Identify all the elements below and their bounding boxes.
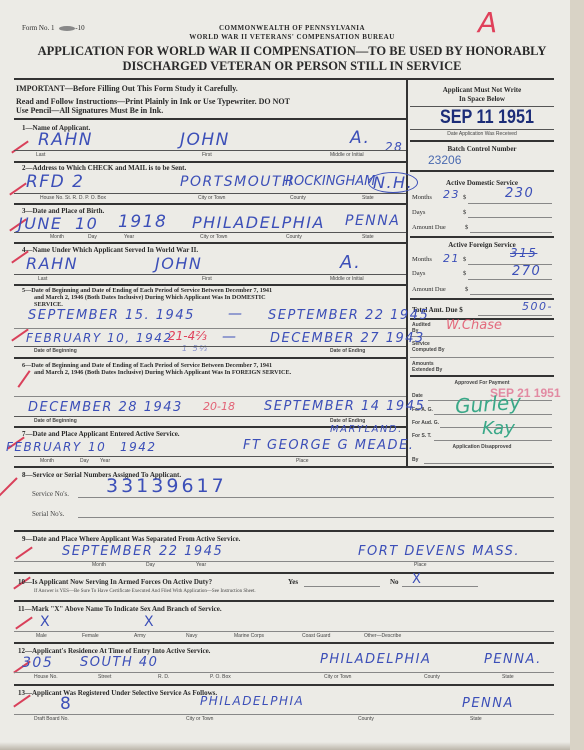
q11-male-mark[interactable]: X: [40, 614, 51, 630]
office-heading-1: Applicant Must Not Write: [412, 86, 552, 94]
page-edge: [570, 0, 584, 750]
q2-label: 2—Address to Which CHECK and MAIL is to …: [22, 164, 186, 172]
rule: [478, 315, 552, 316]
rule: [410, 140, 554, 142]
instructions-line-3: Use Pencil—All Signatures Must Be in Ink…: [16, 106, 163, 115]
rule: [78, 497, 554, 498]
label-year: Year: [124, 234, 134, 240]
audited-signature: W.Chase: [446, 318, 502, 333]
q7-year[interactable]: 1942: [120, 440, 157, 454]
label-first: First: [202, 276, 212, 282]
q5-row2-begin[interactable]: FEBRUARY 10, 1942: [26, 331, 172, 345]
q9-date[interactable]: SEPTEMBER 22 1945: [62, 544, 223, 559]
q2-state[interactable]: N.H.: [368, 172, 418, 193]
application-form: Form No. 1 -10 COMMONWEALTH OF PENNSYLVA…: [0, 0, 570, 750]
rule: [78, 517, 554, 518]
q6-note: 20-18: [203, 400, 235, 413]
q13-board[interactable]: 8: [60, 694, 72, 714]
q10-note: If Answer is YES—Be Sure To Have Certifi…: [34, 589, 256, 594]
rule: [14, 193, 406, 194]
foreign-months-amount: 315: [510, 246, 537, 260]
label-month: Month: [50, 234, 64, 240]
foreign-months-label: Months: [412, 256, 432, 263]
label-place: Place: [414, 562, 427, 568]
foreign-days-label: Days: [412, 270, 425, 277]
dollar-sign: $: [465, 224, 468, 231]
q10-yes-label: Yes: [288, 578, 298, 586]
q3-year[interactable]: 1918: [118, 212, 167, 232]
rule: [14, 530, 554, 532]
domestic-months-amount: 230: [505, 186, 534, 201]
rule: [14, 242, 406, 244]
rule: [410, 375, 554, 377]
rule: [14, 284, 406, 286]
rule: [14, 456, 406, 457]
domestic-amount-due-label: Amount Due: [412, 224, 446, 231]
rule: [410, 129, 554, 130]
rule: [14, 232, 406, 233]
rule: [470, 232, 552, 233]
q2-house[interactable]: RFD 2: [26, 172, 84, 192]
q5-row2-note: 21-4⅔: [168, 329, 207, 343]
approval-signature-2: Kay: [482, 418, 515, 439]
domestic-days-label: Days: [412, 209, 425, 216]
q11-army-mark[interactable]: X: [144, 614, 155, 630]
q10-label: 10—Is Applicant Now Serving In Armed For…: [18, 578, 212, 586]
review-checkmark: [11, 140, 29, 153]
header-divider: [14, 78, 554, 80]
label-draft-board: Draft Board No.: [34, 716, 69, 722]
label-city: City or Town: [200, 234, 227, 240]
received-date-stamp: SEP 11 1951: [440, 107, 534, 129]
q6-line-1: 6—Date of Beginning and Date of Ending o…: [22, 362, 272, 369]
q3-city[interactable]: PHILADELPHIA: [192, 213, 325, 232]
q4-middle-initial[interactable]: A.: [340, 252, 361, 273]
service-no-label: Service No's.: [32, 490, 69, 498]
label-state: State: [362, 234, 374, 240]
label-day: Day: [80, 458, 89, 464]
label-day: Day: [146, 562, 155, 568]
domestic-months-value: 23: [443, 188, 460, 201]
label-state: State: [362, 195, 374, 201]
label-month: Month: [40, 458, 54, 464]
q12-city[interactable]: PHILADELPHIA: [320, 652, 431, 667]
instructions-line-2: Read and Follow Instructions—Print Plain…: [16, 97, 290, 106]
dollar-sign: $: [463, 209, 466, 216]
q7-place[interactable]: FT GEORGE G MEADE.: [243, 438, 414, 453]
q7-month[interactable]: FEBRUARY: [6, 440, 82, 454]
disapproved-heading: Application Disapproved: [412, 444, 552, 450]
label-date-ending: Date of Ending: [330, 348, 365, 354]
dollar-sign: $: [463, 256, 466, 263]
rule: [14, 714, 554, 715]
q5-row1-dash: —: [228, 306, 244, 322]
rule: [424, 463, 552, 464]
label-month: Month: [92, 562, 106, 568]
for-aud-label: For Aud. G.: [412, 420, 439, 426]
label-state: State: [502, 674, 514, 680]
rule: [468, 217, 552, 218]
q4-first-name[interactable]: JOHN: [155, 254, 202, 273]
label-date-beginning: Date of Beginning: [34, 348, 77, 354]
q13-state[interactable]: PENNA: [462, 696, 514, 711]
q1-middle-initial[interactable]: A.: [350, 128, 370, 148]
label-year: Year: [100, 458, 110, 464]
grade-mark: A: [478, 6, 497, 39]
rule: [468, 279, 552, 280]
label-po-box: P. O. Box: [210, 674, 231, 680]
q7-label: 7—Date and Place Applicant Entered Activ…: [22, 430, 180, 438]
label-county: County: [358, 716, 374, 722]
for-st-label: For S. T.: [412, 433, 431, 439]
review-checkmark: [17, 370, 30, 388]
q12-state[interactable]: PENNA.: [484, 652, 542, 667]
batch-number: 23206: [428, 153, 461, 167]
received-label: Date Application Was Received: [412, 131, 552, 137]
rule: [434, 440, 552, 441]
q10-no-mark[interactable]: X: [412, 572, 422, 587]
q5-line-2: and March 2, 1946 (Both Dates Inclusive)…: [34, 294, 266, 301]
q6-line-2: and March 2, 1946 (Both Dates Inclusive)…: [34, 369, 291, 376]
label-date-beginning: Date of Beginning: [34, 418, 77, 424]
rule: [14, 396, 406, 397]
rule: [470, 294, 552, 295]
rule: [468, 203, 552, 204]
label-county: County: [290, 195, 306, 201]
q3-day[interactable]: 10: [75, 214, 98, 233]
rule: [14, 328, 406, 329]
label-county: County: [286, 234, 302, 240]
dollar-sign: $: [463, 270, 466, 277]
rule: [14, 150, 406, 151]
foreign-amount-due-label: Amount Due: [412, 286, 446, 293]
rule: [410, 336, 554, 337]
q12-house[interactable]: 305: [22, 655, 53, 671]
rule: [14, 600, 554, 602]
q13-city[interactable]: PHILADELPHIA: [200, 694, 304, 708]
label-city: City or Town: [324, 674, 351, 680]
q5-row1-begin[interactable]: SEPTEMBER 15. 1945: [28, 308, 195, 323]
label-county: County: [424, 674, 440, 680]
rule: [14, 203, 406, 205]
label-rd: R. D.: [158, 674, 169, 680]
label-middle: Middle or Initial: [330, 152, 364, 158]
q2-county[interactable]: ROCKINGHAM: [285, 174, 375, 189]
q2-city[interactable]: PORTSMOUTH: [180, 174, 294, 190]
foreign-days-amount: 270: [512, 264, 541, 279]
rule: [14, 672, 554, 673]
option-marine-corps[interactable]: Marine Corps: [234, 633, 264, 639]
q6-begin[interactable]: DECEMBER 28 1943: [28, 400, 183, 415]
q5-line-1: 5—Date of Beginning and Date of Ending o…: [22, 287, 272, 294]
page-bottom-shadow: [0, 742, 570, 750]
label-day: Day: [88, 234, 97, 240]
dollar-sign: $: [463, 194, 466, 201]
rule: [410, 170, 554, 172]
option-coast-guard[interactable]: Coast Guard: [302, 633, 330, 639]
q1-first-name[interactable]: JOHN: [180, 130, 230, 150]
label-city: City or Town: [198, 195, 225, 201]
q9-place[interactable]: FORT DEVENS MASS.: [358, 544, 520, 559]
office-heading-2: In Space Below: [412, 95, 552, 103]
rule: [14, 642, 554, 644]
option-female[interactable]: Female: [82, 633, 99, 639]
label-city: City or Town: [186, 716, 213, 722]
batch-label: Batch Control Number: [412, 145, 552, 153]
option-army[interactable]: Army: [134, 633, 146, 639]
review-checkmark: [0, 477, 18, 512]
q3-month[interactable]: JUNE: [18, 214, 63, 233]
rule: [14, 161, 406, 163]
amounts-extended-label: Amounts Extended By: [412, 361, 448, 373]
q12-street[interactable]: SOUTH 40: [80, 655, 158, 670]
instructions-line-1: IMPORTANT—Before Filling Out This Form S…: [16, 84, 238, 93]
rule: [14, 684, 554, 686]
rule: [14, 274, 406, 275]
foreign-months-value: 21: [443, 252, 460, 265]
review-checkmark: [15, 546, 33, 559]
option-male[interactable]: Male: [36, 633, 47, 639]
option-other[interactable]: Other—Describe: [364, 633, 401, 639]
q13-label: 13—Applicant Was Registered Under Select…: [18, 689, 217, 697]
total-value: 500-: [522, 300, 553, 313]
service-no-value[interactable]: 33139617: [106, 475, 227, 497]
option-navy[interactable]: Navy: [186, 633, 197, 639]
q1-margin-note: 28: [385, 140, 403, 154]
q9-label: 9—Date and Place Where Applicant Was Sep…: [22, 535, 240, 543]
q12-label: 12—Applicant's Residence At Time of Entr…: [18, 647, 210, 655]
q11-label: 11—Mark "X" Above Name To Indicate Sex A…: [18, 605, 222, 613]
q7-place-state[interactable]: MARYLAND.: [330, 424, 403, 435]
rule: [14, 357, 406, 359]
domestic-months-label: Months: [412, 194, 432, 201]
q1-last-name[interactable]: RAHN: [38, 130, 93, 150]
q10-no-label: No: [390, 578, 399, 586]
title-line-2: DISCHARGED VETERAN OR PERSON STILL IN SE…: [0, 59, 584, 74]
q5-row2-dash: —: [222, 329, 238, 345]
q4-last-name[interactable]: RAHN: [26, 254, 78, 273]
label-house-no: House No.: [34, 674, 58, 680]
dollar-sign: $: [465, 286, 468, 293]
label-house: House No. St. R. D. P. O. Box: [40, 195, 106, 201]
rule: [14, 572, 554, 574]
q7-day[interactable]: 10: [88, 440, 106, 454]
q5-row2-end[interactable]: DECEMBER 27 1943: [270, 331, 425, 346]
instructions-divider: [14, 118, 406, 120]
by-label: By: [412, 457, 418, 463]
rule: [14, 416, 406, 417]
label-last: Last: [38, 276, 47, 282]
serial-no-label: Serial No's.: [32, 510, 64, 518]
review-checkmark: [15, 616, 33, 629]
label-year: Year: [196, 562, 206, 568]
rule: [304, 586, 380, 587]
q6-end[interactable]: SEPTEMBER 14 1945: [264, 399, 425, 414]
rule: [14, 346, 406, 347]
label-last: Last: [36, 152, 45, 158]
label-place: Place: [296, 458, 309, 464]
rule: [14, 631, 554, 632]
rule: [410, 236, 554, 238]
q3-state[interactable]: PENNA: [345, 213, 400, 229]
label-street: Street: [98, 674, 111, 680]
q5-line-3: SERVICE.: [34, 301, 63, 308]
q5-row1-end[interactable]: SEPTEMBER 22 1945: [268, 308, 429, 323]
label-state: State: [470, 716, 482, 722]
label-first: First: [202, 152, 212, 158]
rule: [14, 466, 554, 468]
label-middle: Middle or Initial: [330, 276, 364, 282]
rule: [410, 357, 554, 358]
approval-signature-1: Gurley: [454, 390, 522, 419]
title-line-1: APPLICATION FOR WORLD WAR II COMPENSATIO…: [0, 44, 584, 59]
q4-label: 4—Name Under Which Applicant Served In W…: [22, 246, 198, 254]
